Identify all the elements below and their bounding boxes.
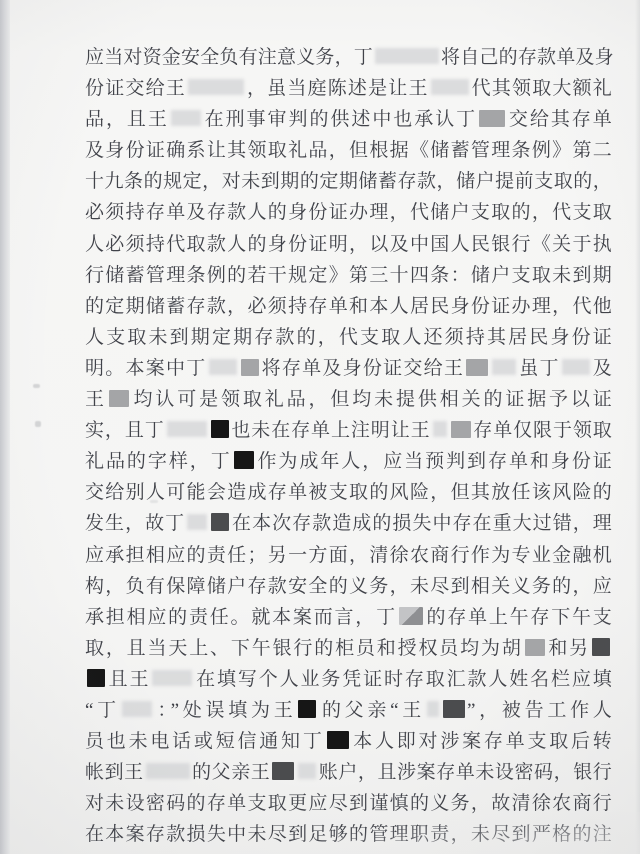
redaction-box bbox=[298, 700, 316, 718]
document-line: 对未设密码的存单支取更应尽到谨慎的义务，故清徐农商行 bbox=[85, 788, 612, 819]
document-text-segment: 的存单上午存下午支 bbox=[425, 607, 612, 628]
redaction-box bbox=[427, 701, 439, 717]
redaction-box bbox=[327, 731, 349, 749]
document-text-segment: 将存单及身份证交给王 bbox=[261, 358, 465, 379]
redaction-box bbox=[152, 670, 192, 686]
redaction-box bbox=[492, 359, 516, 375]
document-line: 实，且丁也未在存单上注明让王存单仅限于领取 bbox=[85, 415, 612, 446]
document-text-segment: 十九条的规定，对未到期的定期储蓄存款，储户提前支取的， bbox=[85, 171, 612, 192]
document-text-segment: 份证交给王 bbox=[85, 78, 186, 99]
document-line: “丁：”处误填为王的父亲“王”，被告工作人 bbox=[85, 695, 612, 726]
document-line: 应承担相应的责任；另一方面，清徐农商行作为专业金融机 bbox=[85, 540, 612, 571]
document-text-segment: 作为成年人，应当预判到存单和身份证 bbox=[256, 451, 612, 472]
document-line: 行储蓄管理条例的若干规定》第三十四条：储户支取未到期 bbox=[85, 260, 612, 291]
redaction-box bbox=[146, 763, 190, 779]
photo-artifact bbox=[33, 384, 40, 388]
document-line: 品，且王在刑事审判的供述中也承认丁交给其存单 bbox=[85, 104, 612, 135]
document-line: 人必须持代取款人的身份证明，以及中国人民银行《关于执 bbox=[85, 229, 612, 260]
document-text-segment: 品，且王 bbox=[85, 109, 169, 130]
document-text-segment: 的父亲“王 bbox=[318, 700, 425, 721]
document-line: 必须持存单及存款人的身份证办理，代储户支取的，代支取 bbox=[85, 197, 612, 228]
document-text-segment: 应当对资金安全负有注意义务，丁 bbox=[85, 47, 373, 68]
document-text-segment: 应承担相应的责任；另一方面，清徐农商行作为专业金融机 bbox=[85, 545, 612, 566]
document-line: 的定期储蓄存款，必须持存单和本人居民身份证办理，代他 bbox=[85, 291, 612, 322]
document-text-segment: 及身份证确系让其领取礼品，但根据《储蓄管理条例》第二 bbox=[85, 140, 612, 161]
redaction-box bbox=[188, 79, 244, 95]
redaction-box bbox=[431, 79, 469, 95]
document-text-segment: 账户，且涉案存单未设密码，银行 bbox=[318, 762, 612, 783]
document-text-segment: 人支取未到期定期存款的，代支取人还须持其居民身份证 bbox=[85, 327, 612, 348]
document-text-segment: 实，且丁 bbox=[85, 420, 165, 441]
document-text-segment: 行储蓄管理条例的若干规定》第三十四条：储户支取未到期 bbox=[85, 265, 612, 286]
document-text: 应当对资金安全负有注意义务，丁将自己的存款单及身份证交给王，虽当庭陈述是让王代其… bbox=[85, 42, 612, 850]
document-line: 构，负有保障储户存款安全的义务，未尽到相关义务的，应 bbox=[85, 571, 612, 602]
document-text-segment: 在本次存款造成的损失中存在重大过错，理 bbox=[231, 513, 612, 534]
page-right-edge bbox=[635, 0, 640, 854]
document-text-segment: 构，负有保障储户存款安全的义务，未尽到相关义务的，应 bbox=[85, 576, 612, 597]
document-text-segment: 明。本案中丁 bbox=[85, 358, 207, 379]
document-text-segment: 取，且当天上、下午银行的柜员和授权员均为胡 bbox=[85, 638, 523, 659]
document-line: 及身份证确系让其领取礼品，但根据《储蓄管理条例》第二 bbox=[85, 135, 612, 166]
document-line: 礼品的字样，丁作为成年人，应当预判到存单和身份证 bbox=[85, 446, 612, 477]
document-line: 王均认可是领取礼品，但均未提供相关的证据予以证 bbox=[85, 384, 612, 415]
redaction-box bbox=[87, 669, 105, 687]
redaction-box bbox=[592, 638, 610, 656]
redaction-box bbox=[241, 359, 259, 376]
document-line: 交给别人可能会造成存单被支取的风险，但其放任该风险的 bbox=[85, 477, 612, 508]
document-text-segment: 将自己的存款单及身 bbox=[441, 47, 614, 68]
document-text-segment: 员也未电话或短信通知丁 bbox=[85, 731, 325, 752]
document-text-segment: 在刑事审判的供述中也承认丁 bbox=[203, 109, 477, 130]
redaction-box bbox=[433, 421, 447, 437]
document-line: 人支取未到期定期存款的，代支取人还须持其居民身份证 bbox=[85, 322, 612, 353]
document-text-segment: ，虽当庭陈述是让王 bbox=[246, 78, 429, 99]
document-text-segment: 的父亲王 bbox=[192, 762, 271, 783]
document-text-segment: 对未设密码的存单支取更应尽到谨慎的义务，故清徐农商行 bbox=[85, 793, 612, 814]
document-text-segment: 虽丁 bbox=[518, 358, 560, 379]
redaction-box bbox=[466, 359, 488, 376]
redaction-box bbox=[399, 607, 423, 625]
document-photo: 应当对资金安全负有注意义务，丁将自己的存款单及身份证交给王，虽当庭陈述是让王代其… bbox=[0, 0, 640, 854]
document-text-segment: 礼品的字样，丁 bbox=[85, 451, 232, 472]
document-text-segment: 的定期储蓄存款，必须持存单和本人居民身份证办理，代他 bbox=[85, 296, 612, 317]
document-text-segment: “丁 bbox=[85, 700, 120, 721]
document-text-segment: 本人即对涉案存单支取后转 bbox=[351, 731, 612, 752]
document-line: 份证交给王，虽当庭陈述是让王代其领取大额礼 bbox=[85, 73, 612, 104]
document-line: 且王在填写个人业务凭证时存取汇款人姓名栏应填 bbox=[85, 664, 612, 695]
document-text-segment: 必须持存单及存款人的身份证办理，代储户支取的，代支取 bbox=[85, 202, 612, 223]
redaction-box bbox=[234, 451, 254, 469]
redaction-box bbox=[109, 390, 129, 407]
document-text-segment: 均认可是领取礼品，但均未提供相关的证据予以证 bbox=[131, 389, 612, 410]
document-line: 应当对资金安全负有注意义务，丁将自己的存款单及身 bbox=[85, 42, 612, 73]
redaction-box bbox=[211, 513, 229, 531]
redaction-box bbox=[167, 421, 207, 437]
redaction-box bbox=[209, 359, 237, 375]
document-text-segment: 代其领取大额礼 bbox=[471, 78, 612, 99]
redaction-box bbox=[171, 110, 201, 126]
document-text-segment: 存单仅限于领取 bbox=[473, 420, 612, 441]
document-text-segment: ：”处误填为王 bbox=[154, 700, 297, 721]
document-text-segment: 在填写个人业务凭证时存取汇款人姓名栏应填 bbox=[194, 669, 612, 690]
document-text-segment: 也未在存单上注明让王 bbox=[231, 420, 431, 441]
document-line: 承担相应的责任。就本案而言，丁的存单上午存下午支 bbox=[85, 602, 612, 633]
document-line: 帐到王的父亲王账户，且涉案存单未设密码，银行 bbox=[85, 757, 612, 788]
document-line: 员也未电话或短信通知丁本人即对涉案存单支取后转 bbox=[85, 726, 612, 757]
document-text-segment: 交给别人可能会造成存单被支取的风险，但其放任该风险的 bbox=[85, 482, 612, 503]
redaction-box bbox=[525, 639, 545, 656]
redaction-box bbox=[187, 514, 207, 530]
document-line: 取，且当天上、下午银行的柜员和授权员均为胡和另 bbox=[85, 633, 612, 664]
document-text-segment: 发生，故丁 bbox=[85, 513, 185, 534]
document-line: 明。本案中丁将存单及身份证交给王虽丁及 bbox=[85, 353, 612, 384]
redaction-box bbox=[443, 700, 465, 718]
document-text-segment: 且王 bbox=[107, 669, 150, 690]
document-text-segment: ”，被告工作人 bbox=[467, 700, 612, 721]
document-text-segment: 人必须持代取款人的身份证明，以及中国人民银行《关于执 bbox=[85, 234, 612, 255]
redaction-box bbox=[375, 48, 439, 64]
document-line: 发生，故丁在本次存款造成的损失中存在重大过错，理 bbox=[85, 508, 612, 539]
document-text-segment: 及 bbox=[592, 358, 612, 379]
redaction-box bbox=[451, 421, 471, 438]
page-left-edge bbox=[0, 0, 10, 854]
photo-artifact bbox=[35, 421, 41, 427]
redaction-box bbox=[272, 762, 294, 780]
document-text-segment: 在本案存款损失中未尽到足够的管理职责，未尽到严格的注 bbox=[85, 824, 612, 845]
redaction-box bbox=[562, 359, 590, 375]
document-text-segment: 交给其存单 bbox=[507, 109, 612, 130]
document-text-segment: 承担相应的责任。就本案而言，丁 bbox=[85, 607, 397, 628]
redaction-box bbox=[479, 110, 505, 127]
document-line: 在本案存款损失中未尽到足够的管理职责，未尽到严格的注 bbox=[85, 819, 612, 850]
redaction-box bbox=[122, 701, 152, 717]
document-text-segment: 王 bbox=[85, 389, 107, 410]
document-line: 十九条的规定，对未到期的定期储蓄存款，储户提前支取的， bbox=[85, 166, 612, 197]
document-text-segment: 和另 bbox=[547, 638, 590, 659]
document-text-segment: 帐到王 bbox=[85, 762, 144, 783]
redaction-box bbox=[211, 420, 229, 438]
redaction-box bbox=[298, 763, 316, 779]
